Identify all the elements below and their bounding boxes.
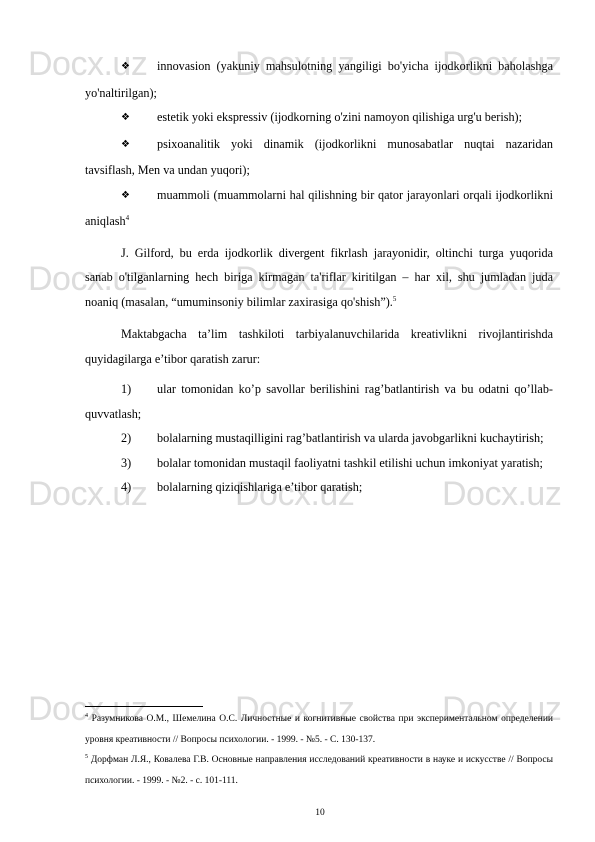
item-number: 1) bbox=[121, 377, 157, 402]
diamond-bullet-icon: ❖ bbox=[121, 112, 130, 123]
numbered-item: 2)bolalarning mustaqilligini rag’batlant… bbox=[85, 426, 553, 451]
item-text: bolalar tomonidan mustaqil faoliyatni ta… bbox=[157, 456, 543, 470]
item-number: 3) bbox=[121, 451, 157, 476]
paragraph-intro: Maktabgacha ta’lim tashkiloti tarbiyalan… bbox=[85, 322, 553, 371]
item-number: 2) bbox=[121, 426, 157, 451]
diamond-bullet-icon: ❖ bbox=[121, 139, 130, 150]
page-number: 10 bbox=[0, 808, 595, 818]
item-text: bolalarning mustaqilligini rag’batlantir… bbox=[157, 431, 544, 445]
paragraph-gilford: J. Gilford, bu erda ijodkorlik divergent… bbox=[85, 241, 553, 315]
footnotes: 4 Разумникова О.М., Шемелина О.С. Личнос… bbox=[85, 709, 553, 791]
page-body: ❖innovasion (yakuniy mahsulotning yangil… bbox=[85, 54, 553, 500]
footnote-ref[interactable]: 4 bbox=[126, 214, 130, 222]
bullet-item: ❖innovasion (yakuniy mahsulotning yangil… bbox=[85, 54, 553, 105]
bullet-item: ❖muammoli (muammolarni hal qilishning bi… bbox=[85, 183, 553, 234]
footnote-ref[interactable]: 5 bbox=[393, 294, 397, 302]
bullet-item: ❖estetik yoki ekspressiv (ijodkorning o'… bbox=[85, 105, 553, 132]
bullet-text: estetik yoki ekspressiv (ijodkorning o'z… bbox=[157, 110, 522, 124]
numbered-item: 1)ular tomonidan ko’p savollar berilishi… bbox=[85, 377, 553, 426]
footnote: 5 Дорфман Л.Я., Ковалева Г.В. Основные н… bbox=[85, 750, 553, 791]
bullet-item: ❖psixoanalitik yoki dinamik (ijodkorlikn… bbox=[85, 132, 553, 183]
diamond-bullet-icon: ❖ bbox=[121, 190, 130, 201]
diamond-bullet-icon: ❖ bbox=[121, 61, 130, 72]
numbered-item: 4)bolalarning qiziqishlariga e’tibor qar… bbox=[85, 475, 553, 500]
numbered-item: 3)bolalar tomonidan mustaqil faoliyatni … bbox=[85, 451, 553, 476]
footnote-separator bbox=[85, 706, 203, 707]
item-text: bolalarning qiziqishlariga e’tibor qarat… bbox=[157, 480, 362, 494]
item-number: 4) bbox=[121, 475, 157, 500]
footnote: 4 Разумникова О.М., Шемелина О.С. Личнос… bbox=[85, 709, 553, 750]
